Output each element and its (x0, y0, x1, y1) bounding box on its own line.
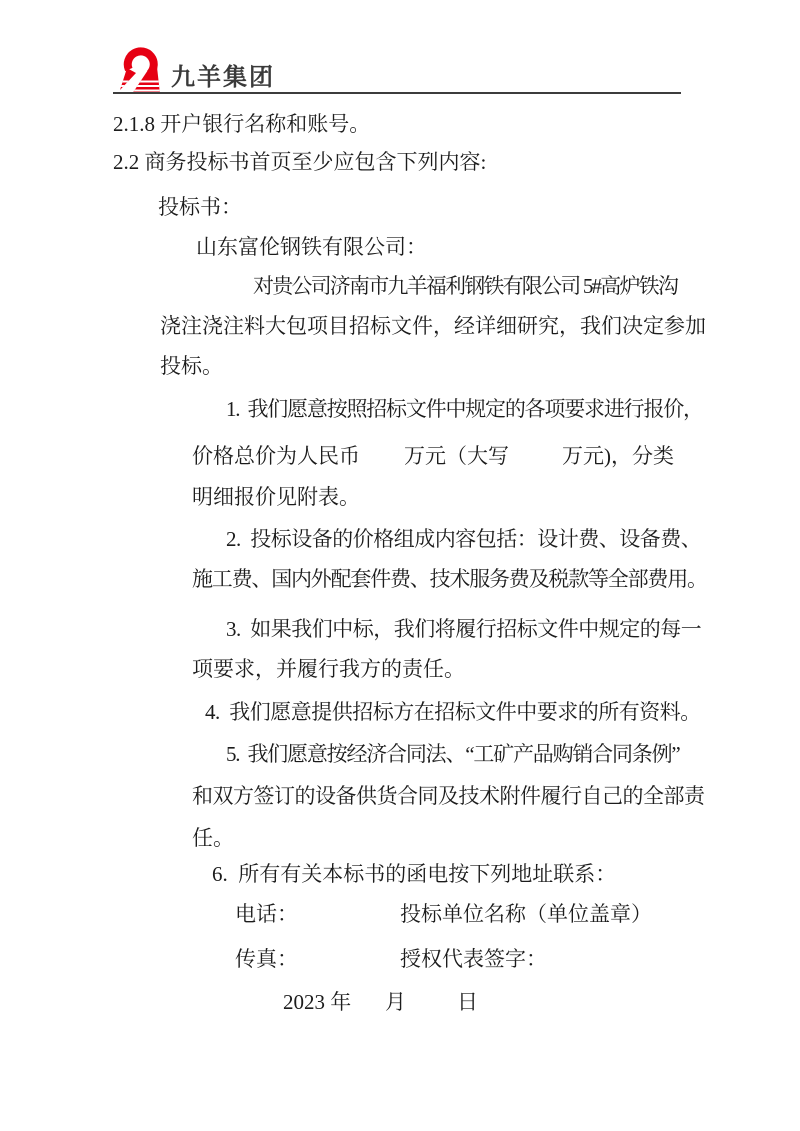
text-segment: 项要求，并履行我方的责任。 (192, 659, 465, 680)
text-segment: 2. 投标设备的价格组成内容包括：设计费、设备费、 (226, 529, 701, 550)
text-line: 5. 我们愿意按经济合同法、“工矿产品购销合同条例” (0, 744, 800, 770)
text-segment: 4. 我们愿意提供招标方在招标文件中要求的所有资料。 (205, 702, 701, 723)
text-segment: 3. 如果我们中标，我们将履行招标文件中规定的每一 (226, 619, 701, 640)
text-segment: 投标。 (160, 356, 223, 377)
text-segment: 日 (457, 992, 478, 1013)
text-segment: 任。 (192, 828, 234, 849)
text-line: 施工费、国内外配套件费、技术服务费及税款等全部费用。 (0, 569, 800, 595)
text-line: 价格总价为人民币万元（大写万元)，分类 (0, 446, 800, 472)
text-line: 4. 我们愿意提供招标方在招标文件中要求的所有资料。 (0, 702, 800, 728)
text-segment: 施工费、国内外配套件费、技术服务费及税款等全部费用。 (192, 569, 707, 590)
text-segment: 2.1.8 开户银行名称和账号。 (113, 114, 370, 135)
text-segment: 投标单位名称（单位盖章） (400, 904, 652, 925)
text-line: 投标书： (0, 197, 800, 223)
text-segment: 5. 我们愿意按经济合同法、“工矿产品购销合同条例” (226, 744, 680, 765)
text-line: 2.1.8 开户银行名称和账号。 (0, 114, 800, 140)
text-segment: 万元)，分类 (562, 446, 674, 467)
text-line: 任。 (0, 828, 800, 854)
text-segment: 万元（大写 (404, 446, 509, 467)
text-line: 6. 所有有关本标书的函电按下列地址联系： (0, 864, 800, 890)
text-segment: 电话： (235, 904, 298, 925)
text-line: 2.2 商务投标书首页至少应包含下列内容: (0, 152, 800, 178)
document-page: 九羊集团 2.1.8 开户银行名称和账号。2.2 商务投标书首页至少应包含下列内… (0, 0, 800, 1131)
text-line: 电话：投标单位名称（单位盖章） (0, 904, 800, 930)
text-segment: 对贵公司济南市九羊福利钢铁有限公司 5#高炉铁沟 (253, 276, 677, 297)
text-line: 2. 投标设备的价格组成内容包括：设计费、设备费、 (0, 529, 800, 555)
text-line: 3. 如果我们中标，我们将履行招标文件中规定的每一 (0, 619, 800, 645)
text-segment: 浇注浇注料大包项目招标文件，经详细研究，我们决定参加 (160, 316, 706, 337)
document-body: 2.1.8 开户银行名称和账号。2.2 商务投标书首页至少应包含下列内容:投标书… (0, 0, 800, 1131)
text-line: 对贵公司济南市九羊福利钢铁有限公司 5#高炉铁沟 (0, 276, 800, 302)
text-segment: 1. 我们愿意按照招标文件中规定的各项要求进行报价， (226, 399, 703, 420)
text-segment: 月 (385, 992, 406, 1013)
text-segment: 6. 所有有关本标书的函电按下列地址联系： (212, 864, 616, 885)
text-segment: 2023 年 (283, 992, 351, 1013)
text-line: 和双方签订的设备供货合同及技术附件履行自己的全部责 (0, 786, 800, 812)
text-segment: 投标书： (158, 197, 242, 218)
text-line: 项要求，并履行我方的责任。 (0, 659, 800, 685)
text-line: 1. 我们愿意按照招标文件中规定的各项要求进行报价， (0, 399, 800, 425)
text-segment: 山东富伦钢铁有限公司： (196, 237, 427, 258)
text-segment: 明细报价见附表。 (192, 487, 360, 508)
text-line: 2023 年月日 (0, 992, 800, 1018)
text-segment: 授权代表签字： (400, 949, 547, 970)
text-line: 明细报价见附表。 (0, 487, 800, 513)
text-segment: 传真： (235, 949, 298, 970)
text-line: 浇注浇注料大包项目招标文件，经详细研究，我们决定参加 (0, 316, 800, 342)
text-segment: 和双方签订的设备供货合同及技术附件履行自己的全部责 (192, 786, 705, 807)
text-line: 传真：授权代表签字： (0, 949, 800, 975)
text-segment: 价格总价为人民币 (192, 446, 360, 467)
text-segment: 2.2 商务投标书首页至少应包含下列内容: (113, 152, 486, 173)
text-line: 山东富伦钢铁有限公司： (0, 237, 800, 263)
text-line: 投标。 (0, 356, 800, 382)
